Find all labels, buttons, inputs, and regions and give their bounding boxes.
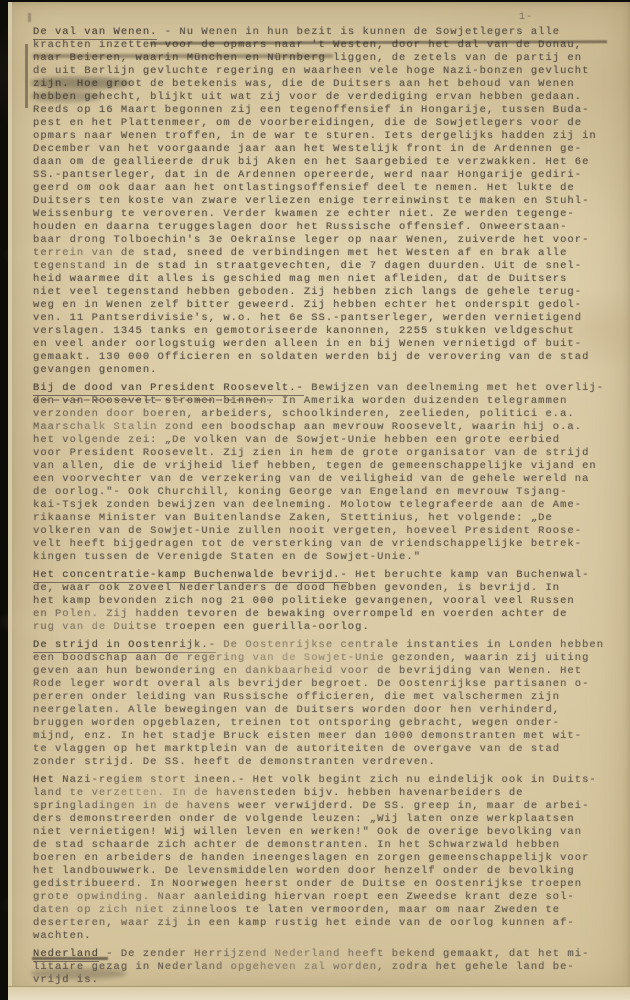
section-heading: Het Nazi-regiem stort ineen.- [33,774,245,786]
news-section-roosevelt-death: Bij de dood van President Roosevelt.- Be… [33,382,630,564]
section-heading: Nederland [33,948,99,962]
section-body: Bewijzen van deelneming met het overlij-… [33,382,604,563]
section-heading: Het concentratie-kamp Buchenwalde bevrij… [33,569,348,583]
section-heading: De val van Wenen. [33,26,157,40]
paper-left-edge [8,2,12,986]
section-body: - De zender Herrijzend Nederland heeft b… [33,948,589,986]
news-section-netherlands: Nederland - De zender Herrijzend Nederla… [33,948,630,987]
news-section-nazi-regime-collapse: Het Nazi-regiem stort ineen.- Het volk b… [33,774,630,943]
page-number: 1- [519,12,533,23]
news-section-austria-fighting: De strijd in Oostenrijk.- De Oostenrijks… [33,639,630,769]
section-body: De Oostenrijkse centrale instanties in L… [33,639,604,768]
section-heading: De strijd in Oostenrijk.- [33,639,216,653]
news-section-buchenwald-liberated: Het concentratie-kamp Buchenwalde bevrij… [33,569,630,634]
section-heading: Bij de dood van President Roosevelt.- [33,382,304,396]
scanned-document: 1- De val van Wenen. - Nu Wenen in hun b… [0,0,630,1000]
typewritten-text-column: De val van Wenen. - Nu Wenen in hun bezi… [33,26,630,992]
section-body: Het volk begint zich nu eindelijk ook in… [33,774,597,942]
news-section-fall-of-vienna: De val van Wenen. - Nu Wenen in hun bezi… [33,26,630,377]
section-body: - Nu Wenen in hun bezit is kunnen de Sow… [33,26,597,376]
